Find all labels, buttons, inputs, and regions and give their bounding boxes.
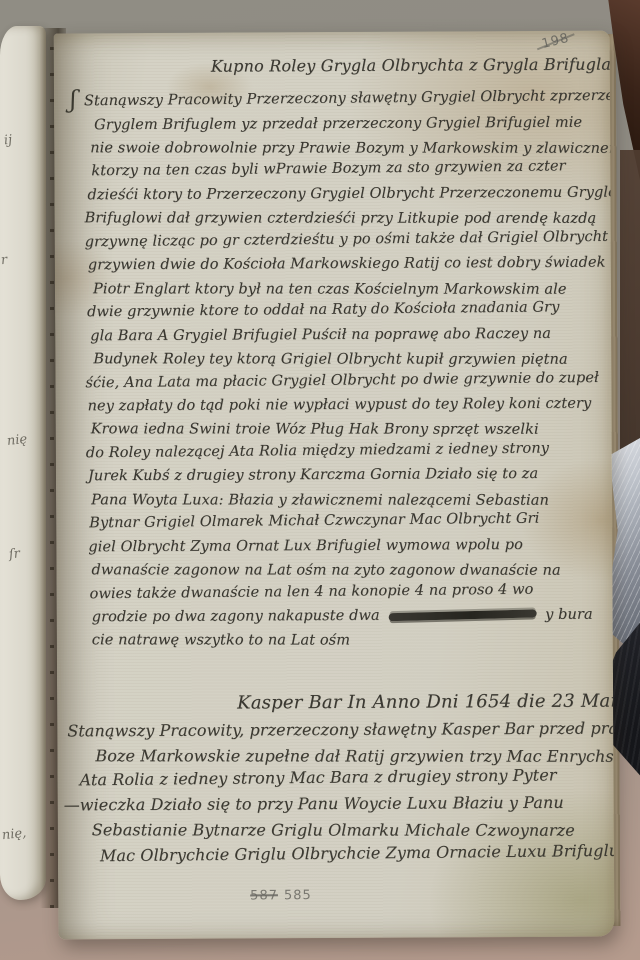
manuscript-line: Boze Markowskie zupełne dał Ratij grzywi… — [95, 748, 614, 764]
manuscript-line: Ata Rolia z iedney strony Mac Bara z dru… — [79, 767, 556, 788]
manuscript-line: Brifuglowi dał grzywien czterdzieśći prz… — [85, 211, 597, 226]
paragraph-margin-mark: ʃ — [70, 87, 77, 111]
entry2-heading: Kasper Bar In Anno Dni 1654 die 23 Marti… — [237, 692, 614, 712]
ink-scribble-strikeout — [388, 609, 536, 621]
folio-old-crossed-out: 587 — [250, 888, 278, 903]
facing-page-text-fragment: ſr — [8, 547, 20, 561]
manuscript-line: do Roley nalezącej Ata Rolia między mied… — [86, 441, 549, 460]
manuscript-line: Gryglem Brifuglem yz przedał przerzeczon… — [94, 116, 582, 133]
manuscript-line: owies także dwanaście na len 4 na konopi… — [89, 583, 533, 602]
manuscript-line: giel Olbrycht Zyma Ornat Lux Brifugiel w… — [88, 538, 523, 555]
facing-page-text-fragment: ij — [3, 134, 13, 148]
manuscript-line: grzywien dwie do Kościoła Markowskiego R… — [88, 256, 606, 273]
manuscript-line: Bytnar Grigiel Olmarek Michał Czwczynar … — [89, 512, 539, 531]
entry1-heading: Kupno Roley Grygla Olbrychta z Grygla Br… — [211, 57, 611, 75]
manuscript-page: 198 Kupno Roley Grygla Olbrychta z Grygl… — [54, 31, 615, 940]
folio-number-pencil-top: 198 — [540, 31, 571, 52]
manuscript-line: Piotr Englart ktory był na ten czas Kośc… — [93, 282, 567, 297]
manuscript-line: śćie, Ana Lata ma płacic Grygiel Olbrych… — [85, 371, 599, 391]
manuscript-line: dzieśći ktory to Przerzeczony Grygiel Ol… — [87, 185, 614, 202]
manuscript-line: Stanąwszy Pracowity, przerzeczony sławęt… — [67, 720, 614, 739]
cover-edge-strip — [620, 150, 640, 470]
manuscript-line: dwie grzywnie ktore to oddał na Raty do … — [87, 300, 560, 319]
manuscript-line: gla Bara A Grygiel Brifugiel Puścił na p… — [90, 327, 551, 344]
facing-page-text-fragment: nię — [6, 433, 27, 448]
manuscript-line: Sebastianie Bytnarze Griglu Olmarku Mich… — [92, 822, 575, 838]
manuscript-line-with-strikeout: grodzie po dwa zagony nakapuste dwa y bu… — [92, 608, 593, 625]
manuscript-line: Pana Woyta Luxa: Błazia y zławicznemi na… — [91, 493, 549, 508]
folio-number-pencil-bottom: 587585 — [250, 888, 312, 903]
manuscript-line: Stanąwszy Pracowity Przerzeczony sławętn… — [84, 88, 614, 109]
facing-page-text-fragment: r — [0, 254, 8, 268]
manuscript-line: grzywnę licząc po gr czterdzieśtu y po o… — [85, 230, 608, 250]
manuscript-line: ktorzy na ten czas byli wPrawie Bozym za… — [91, 159, 565, 178]
manuscript-line: Mac Olbrychcie Griglu Olbrychcie Zyma Or… — [100, 843, 615, 864]
manuscript-line: Krowa iedna Swini troie Wóz Pług Hak Bro… — [91, 422, 539, 437]
facing-page-text-fragment: nię, — [1, 827, 27, 842]
manuscript-line: —wieczka Działo się to przy Panu Woycie … — [64, 795, 564, 814]
manuscript-line: dwanaście zagonow na Lat ośm na zyto zag… — [91, 563, 560, 578]
manuscript-line: Jurek Kubś z drugiey strony Karczma Gorn… — [88, 467, 538, 484]
manuscript-line: Budynek Roley tey ktorą Grigiel Olbrycht… — [93, 352, 567, 367]
manuscript-line: nie swoie dobrowolnie przy Prawie Bozym … — [90, 141, 614, 156]
folio-new: 585 — [284, 888, 312, 903]
strike-line-post: y bura — [545, 607, 593, 623]
strike-line-pre: grodzie po dwa zagony nakapuste dwa — [92, 608, 380, 626]
manuscript-line: cie natrawę wszytko to na Lat ośm — [92, 633, 350, 648]
manuscript-line: ney zapłaty do tąd poki nie wypłaci wypu… — [88, 397, 592, 414]
